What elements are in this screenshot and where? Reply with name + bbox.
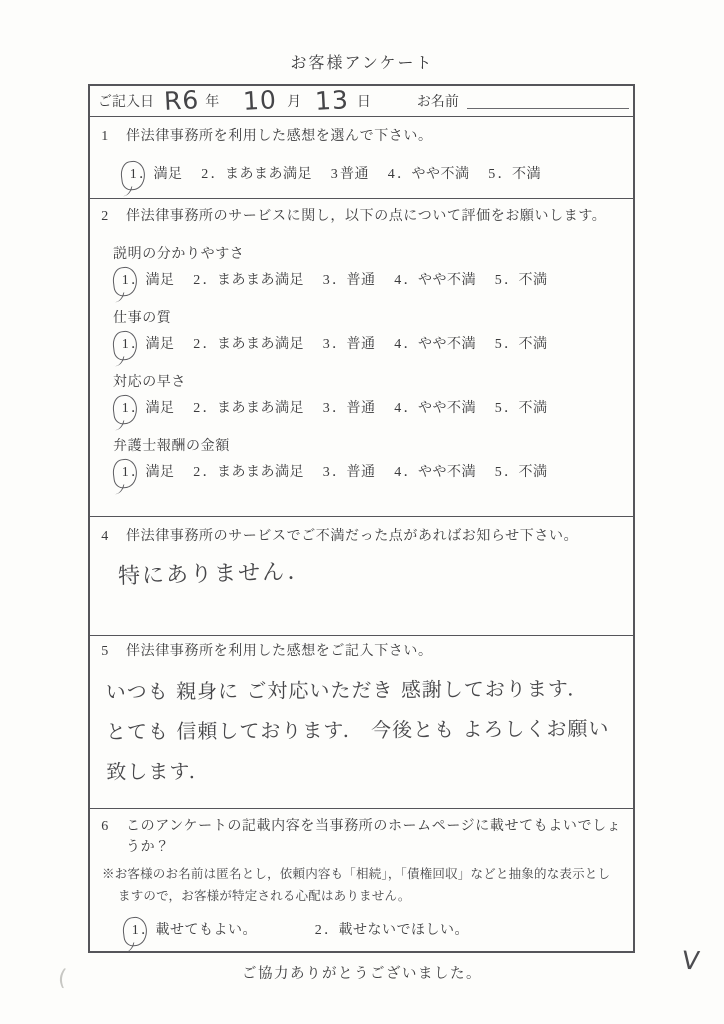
question-4-handwritten-answer: 特にありません． [98,546,628,591]
option-3: 3．普通 [321,399,376,419]
option-number: 2 [192,335,203,355]
question-5-number: 5 [98,642,112,662]
question-4: 4 伴法律事務所のサービスでご不満だった点があればお知らせ下さい。 特にありませ… [90,517,633,636]
note-line-2: ますので，お客様が特定される心配はありません。 [102,885,627,907]
option-2: 2．まあまあ満足 [192,463,305,483]
option-label: ．満足 [139,167,183,182]
subquestion-fee: 弁護士報酬の金額 1．満足2．まあまあ満足3．普通4．やや不満5．不満 [98,437,627,483]
option-number: 3 [321,335,332,355]
option-label: ．普通 [332,465,376,480]
option-1-selected: 1．満足 [128,165,183,185]
option-label: ．まあまあ満足 [203,337,305,352]
option-number: 5 [487,165,498,185]
page-title: お客様アンケート [0,50,724,73]
option-label: 普通 [340,167,369,182]
question-1: 1 伴法律事務所を利用した感想を選んで下さい。 1．満足2．まあまあ満足3普通4… [90,117,633,199]
option-label: ．やや不満 [404,401,477,416]
option-number: 2 [192,463,203,483]
option-4: 4．やや不満 [393,399,477,419]
option-label: ．まあまあ満足 [203,465,305,480]
question-6: 6 このアンケートの記載内容を当事務所のホームページに載せてもよいでしょ うか？… [90,809,633,951]
stray-scan-mark: ( [57,966,68,992]
option-3: 3．普通 [321,335,376,355]
option-label: ．やや不満 [404,337,477,352]
option-label: ．不満 [504,337,548,352]
subquestion-clarity: 説明の分かりやすさ 1．満足2．まあまあ満足3．普通4．やや不満5．不満 [98,245,627,291]
handwritten-day: 13 [315,95,349,107]
option-number: 4 [393,335,404,355]
option-label: ．まあまあ満足 [211,167,313,182]
option-label: ．不満 [498,167,542,182]
option-5: 5．不満 [493,399,548,419]
anonymity-note: ※お客様のお名前は匿名とし，依頼内容も「相続」，「債権回収」などと抽象的な表示と… [98,863,627,907]
option-number: 5 [493,463,504,483]
option-label: ．普通 [332,273,376,288]
selected-option-circle: 1 [120,271,131,291]
option-number: 5 [493,335,504,355]
subquestion-quality-options: 1．満足2．まあまあ満足3．普通4．やや不満5．不満 [113,335,627,355]
selected-option-circle: 1 [120,463,131,483]
question-5: 5 伴法律事務所を利用した感想をご記入下さい。 いつも 親身に ご対応いただき … [90,636,633,808]
question-6-text-line2: うか？ [98,837,627,859]
option-number: 4 [393,463,404,483]
question-6-options: 1．載せてもよい。2．載せないでほしい。 [98,921,627,941]
survey-form: ご記入日 R6 年 10 月 13 日 お名前 1 伴法律事務所を利用した感想を… [88,84,635,953]
option-label: ．やや不満 [404,465,477,480]
option-2: 2．載せないでほしい。 [313,921,469,941]
option-label: ．やや不満 [397,167,470,182]
option-4: 4．やや不満 [393,271,477,291]
option-2: 2．まあまあ満足 [200,165,313,185]
question-5-handwritten-answer: いつも 親身に ご対応いただき 感謝しております． とても 信頼しております． … [98,669,628,793]
subquestion-quality: 仕事の質 1．満足2．まあまあ満足3．普通4．やや不満5．不満 [98,309,627,355]
option-3: 3普通 [329,165,369,185]
option-label: ．やや不満 [404,273,477,288]
year-suffix: 年 [205,91,219,111]
subquestion-speed-label: 対応の早さ [113,373,627,393]
option-4: 4．やや不満 [386,165,470,185]
option-2: 2．まあまあ満足 [192,335,305,355]
option-label: ．不満 [504,401,548,416]
question-1-text: 伴法律事務所を利用した感想を選んで下さい。 [126,127,433,147]
option-3: 3．普通 [321,463,376,483]
form-header-row: ご記入日 R6 年 10 月 13 日 お名前 [90,86,633,117]
option-number: 2 [192,399,203,419]
question-4-text: 伴法律事務所のサービスでご不満だった点があればお知らせ下さい。 [126,527,578,547]
option-number: 3 [321,271,332,291]
option-label: ．満足 [131,401,175,416]
option-2: 2．まあまあ満足 [192,399,305,419]
handwritten-year: R6 [164,95,200,107]
selected-option-circle: 1 [120,399,131,419]
question-2: 2 伴法律事務所のサービスに関し，以下の点について評価をお願いします。 説明の分… [90,199,633,517]
option-label: ．載せないでほしい。 [324,923,469,938]
option-number: 4 [393,399,404,419]
option-number: 5 [493,399,504,419]
scanned-survey-page: お客様アンケート ご記入日 R6 年 10 月 13 日 お名前 1 伴法律事務… [0,0,724,1024]
name-field [467,86,629,109]
option-number: 2 [313,921,324,941]
option-1-selected: 1．満足 [120,335,175,355]
option-5: 5．不満 [487,165,542,185]
option-1-selected: 1．満足 [120,399,175,419]
option-number: 2 [200,165,211,185]
subquestion-quality-label: 仕事の質 [113,309,627,329]
option-label: ．不満 [504,273,548,288]
question-1-number: 1 [98,127,112,147]
option-number: 3 [329,165,340,185]
date-label: ご記入日 [98,91,154,111]
option-number: 5 [493,271,504,291]
option-number: 4 [393,271,404,291]
subquestion-speed: 対応の早さ 1．満足2．まあまあ満足3．普通4．やや不満5．不満 [98,373,627,419]
option-1-selected: 1．満足 [120,271,175,291]
option-1-selected: 1．満足 [120,463,175,483]
option-4: 4．やや不満 [393,463,477,483]
name-label: お名前 [417,91,459,111]
option-number: 4 [386,165,397,185]
question-6-text-line1: このアンケートの記載内容を当事務所のホームページに載せてもよいでしょ [126,817,621,837]
option-5: 5．不満 [493,271,548,291]
option-label: ．満足 [131,273,175,288]
option-4: 4．やや不満 [393,335,477,355]
selected-option-circle: 1 [128,165,139,185]
subquestion-speed-options: 1．満足2．まあまあ満足3．普通4．やや不満5．不満 [113,399,627,419]
selected-option-circle: 1 [130,921,141,941]
answer-line-2: とても 信頼しております． 今後とも よろしくお願い致します． [106,709,628,793]
option-label: ．まあまあ満足 [203,273,305,288]
question-4-number: 4 [98,527,112,547]
option-number: 3 [321,463,332,483]
question-1-options: 1．満足2．まあまあ満足3普通4．やや不満5．不満 [98,165,627,185]
day-suffix: 日 [357,91,371,111]
question-5-text: 伴法律事務所を利用した感想をご記入下さい。 [126,642,433,662]
note-line-1: ※お客様のお名前は匿名とし，依頼内容も「相続」，「債権回収」などと抽象的な表示と… [102,863,627,885]
selected-option-circle: 1 [120,335,131,355]
option-label: ．満足 [131,337,175,352]
option-label: ．載せてもよい。 [141,923,257,938]
answer-line-1: いつも 親身に ご対応いただき 感謝しております． [106,669,627,713]
question-2-text: 伴法律事務所のサービスに関し，以下の点について評価をお願いします。 [126,207,606,227]
month-suffix: 月 [287,91,301,111]
question-2-number: 2 [98,207,112,227]
option-1-selected: 1．載せてもよい。 [130,921,257,941]
option-5: 5．不満 [493,463,548,483]
subquestion-clarity-label: 説明の分かりやすさ [113,245,627,265]
question-6-number: 6 [98,817,112,837]
thank-you-footer: ご協力ありがとうございました。 [0,962,724,983]
option-label: ．普通 [332,401,376,416]
option-label: ．不満 [504,465,548,480]
option-2: 2．まあまあ満足 [192,271,305,291]
option-3: 3．普通 [321,271,376,291]
option-label: ．普通 [332,337,376,352]
subquestion-clarity-options: 1．満足2．まあまあ満足3．普通4．やや不満5．不満 [113,271,627,291]
option-number: 2 [192,271,203,291]
subquestion-fee-options: 1．満足2．まあまあ満足3．普通4．やや不満5．不満 [113,463,627,483]
option-label: ．満足 [131,465,175,480]
option-5: 5．不満 [493,335,548,355]
subquestion-fee-label: 弁護士報酬の金額 [113,437,627,457]
option-label: ．まあまあ満足 [203,401,305,416]
handwritten-month: 10 [243,95,277,107]
option-number: 3 [321,399,332,419]
